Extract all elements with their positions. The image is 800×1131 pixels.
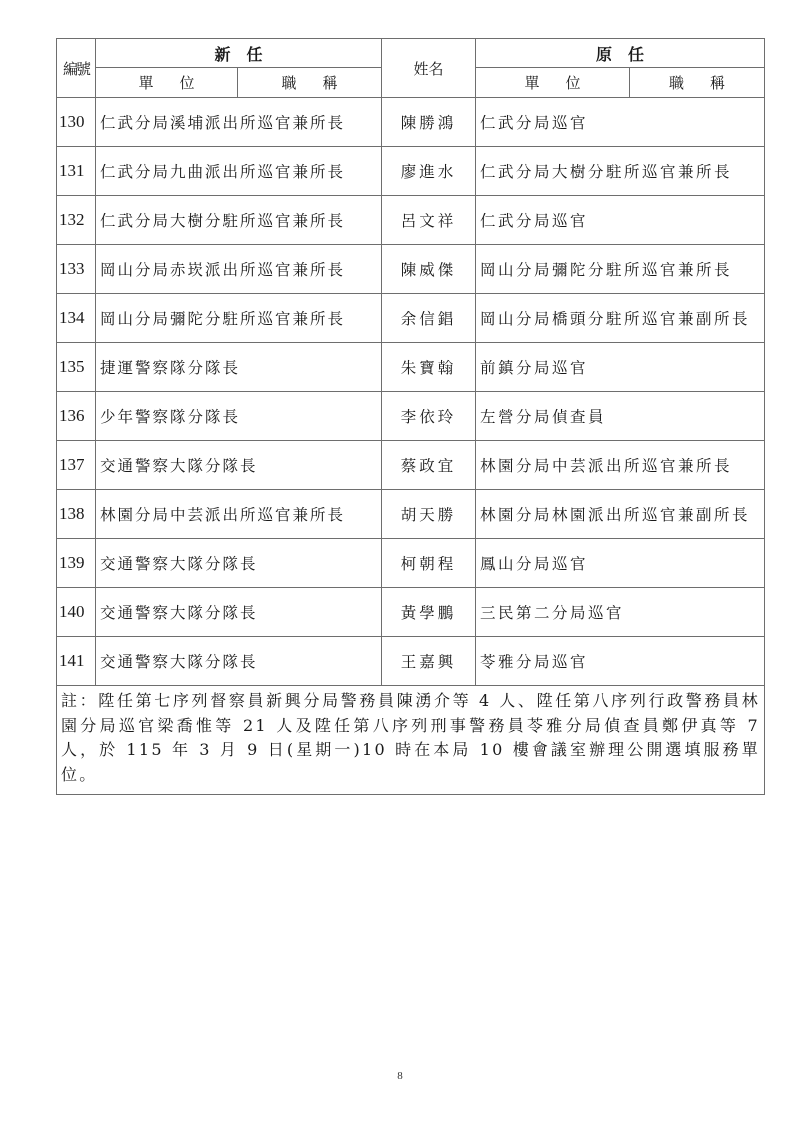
new-post: 交通警察大隊分隊長 xyxy=(96,637,382,686)
person-name: 陳勝鴻 xyxy=(382,98,476,147)
table-row: 133岡山分局赤崁派出所巡官兼所長陳威傑岡山分局彌陀分駐所巡官兼所長 xyxy=(57,245,765,294)
footnote: 註：陞任第七序列督察員新興分局警務員陳湧介等 4 人、陞任第八序列行政警務員林園… xyxy=(57,686,765,795)
header-new-unit: 單位 xyxy=(96,68,238,98)
person-name: 黃學鵬 xyxy=(382,588,476,637)
row-number: 139 xyxy=(57,539,96,588)
table-row: 130仁武分局溪埔派出所巡官兼所長陳勝鴻仁武分局巡官 xyxy=(57,98,765,147)
header-name: 姓名 xyxy=(382,39,476,98)
person-name: 朱寶翰 xyxy=(382,343,476,392)
new-post: 交通警察大隊分隊長 xyxy=(96,588,382,637)
original-post: 仁武分局大樹分駐所巡官兼所長 xyxy=(476,147,765,196)
original-post: 林園分局中芸派出所巡官兼所長 xyxy=(476,441,765,490)
personnel-transfer-table: 編號 新 任 姓名 原 任 單位 職稱 單位 職稱 130仁武分局溪埔派出所巡官… xyxy=(56,38,765,795)
header-orig-title: 職稱 xyxy=(630,68,765,98)
table-row: 140交通警察大隊分隊長黃學鵬三民第二分局巡官 xyxy=(57,588,765,637)
row-number: 133 xyxy=(57,245,96,294)
new-post: 交通警察大隊分隊長 xyxy=(96,539,382,588)
person-name: 陳威傑 xyxy=(382,245,476,294)
person-name: 胡天勝 xyxy=(382,490,476,539)
row-number: 138 xyxy=(57,490,96,539)
original-post: 林園分局林園派出所巡官兼副所長 xyxy=(476,490,765,539)
row-number: 135 xyxy=(57,343,96,392)
table-row: 137交通警察大隊分隊長蔡政宜林園分局中芸派出所巡官兼所長 xyxy=(57,441,765,490)
original-post: 岡山分局彌陀分駐所巡官兼所長 xyxy=(476,245,765,294)
table-row: 136少年警察隊分隊長李依玲左營分局偵查員 xyxy=(57,392,765,441)
row-number: 131 xyxy=(57,147,96,196)
header-original-post: 原 任 xyxy=(476,39,765,68)
new-post: 交通警察大隊分隊長 xyxy=(96,441,382,490)
person-name: 柯朝程 xyxy=(382,539,476,588)
row-number: 134 xyxy=(57,294,96,343)
person-name: 余信錩 xyxy=(382,294,476,343)
person-name: 呂文祥 xyxy=(382,196,476,245)
new-post: 岡山分局赤崁派出所巡官兼所長 xyxy=(96,245,382,294)
header-orig-unit: 單位 xyxy=(476,68,630,98)
original-post: 三民第二分局巡官 xyxy=(476,588,765,637)
new-post: 仁武分局溪埔派出所巡官兼所長 xyxy=(96,98,382,147)
new-post: 林園分局中芸派出所巡官兼所長 xyxy=(96,490,382,539)
document-page: 編號 新 任 姓名 原 任 單位 職稱 單位 職稱 130仁武分局溪埔派出所巡官… xyxy=(0,0,800,1131)
original-post: 鳳山分局巡官 xyxy=(476,539,765,588)
table-row: 141交通警察大隊分隊長王嘉興苓雅分局巡官 xyxy=(57,637,765,686)
original-post: 仁武分局巡官 xyxy=(476,196,765,245)
person-name: 蔡政宜 xyxy=(382,441,476,490)
new-post: 岡山分局彌陀分駐所巡官兼所長 xyxy=(96,294,382,343)
original-post: 前鎮分局巡官 xyxy=(476,343,765,392)
header-number: 編號 xyxy=(57,39,96,98)
header-new-title: 職稱 xyxy=(238,68,382,98)
new-post: 仁武分局九曲派出所巡官兼所長 xyxy=(96,147,382,196)
table-row: 132仁武分局大樹分駐所巡官兼所長呂文祥仁武分局巡官 xyxy=(57,196,765,245)
row-number: 140 xyxy=(57,588,96,637)
table-row: 134岡山分局彌陀分駐所巡官兼所長余信錩岡山分局橋頭分駐所巡官兼副所長 xyxy=(57,294,765,343)
table-row: 139交通警察大隊分隊長柯朝程鳳山分局巡官 xyxy=(57,539,765,588)
row-number: 136 xyxy=(57,392,96,441)
person-name: 廖進水 xyxy=(382,147,476,196)
row-number: 141 xyxy=(57,637,96,686)
page-number: 8 xyxy=(0,1070,800,1082)
row-number: 132 xyxy=(57,196,96,245)
table-row: 138林園分局中芸派出所巡官兼所長胡天勝林園分局林園派出所巡官兼副所長 xyxy=(57,490,765,539)
new-post: 捷運警察隊分隊長 xyxy=(96,343,382,392)
new-post: 少年警察隊分隊長 xyxy=(96,392,382,441)
table-row: 135捷運警察隊分隊長朱寶翰前鎮分局巡官 xyxy=(57,343,765,392)
table-row: 131仁武分局九曲派出所巡官兼所長廖進水仁武分局大樹分駐所巡官兼所長 xyxy=(57,147,765,196)
original-post: 苓雅分局巡官 xyxy=(476,637,765,686)
original-post: 岡山分局橋頭分駐所巡官兼副所長 xyxy=(476,294,765,343)
new-post: 仁武分局大樹分駐所巡官兼所長 xyxy=(96,196,382,245)
header-new-post: 新 任 xyxy=(96,39,382,68)
row-number: 137 xyxy=(57,441,96,490)
person-name: 王嘉興 xyxy=(382,637,476,686)
row-number: 130 xyxy=(57,98,96,147)
original-post: 仁武分局巡官 xyxy=(476,98,765,147)
person-name: 李依玲 xyxy=(382,392,476,441)
original-post: 左營分局偵查員 xyxy=(476,392,765,441)
